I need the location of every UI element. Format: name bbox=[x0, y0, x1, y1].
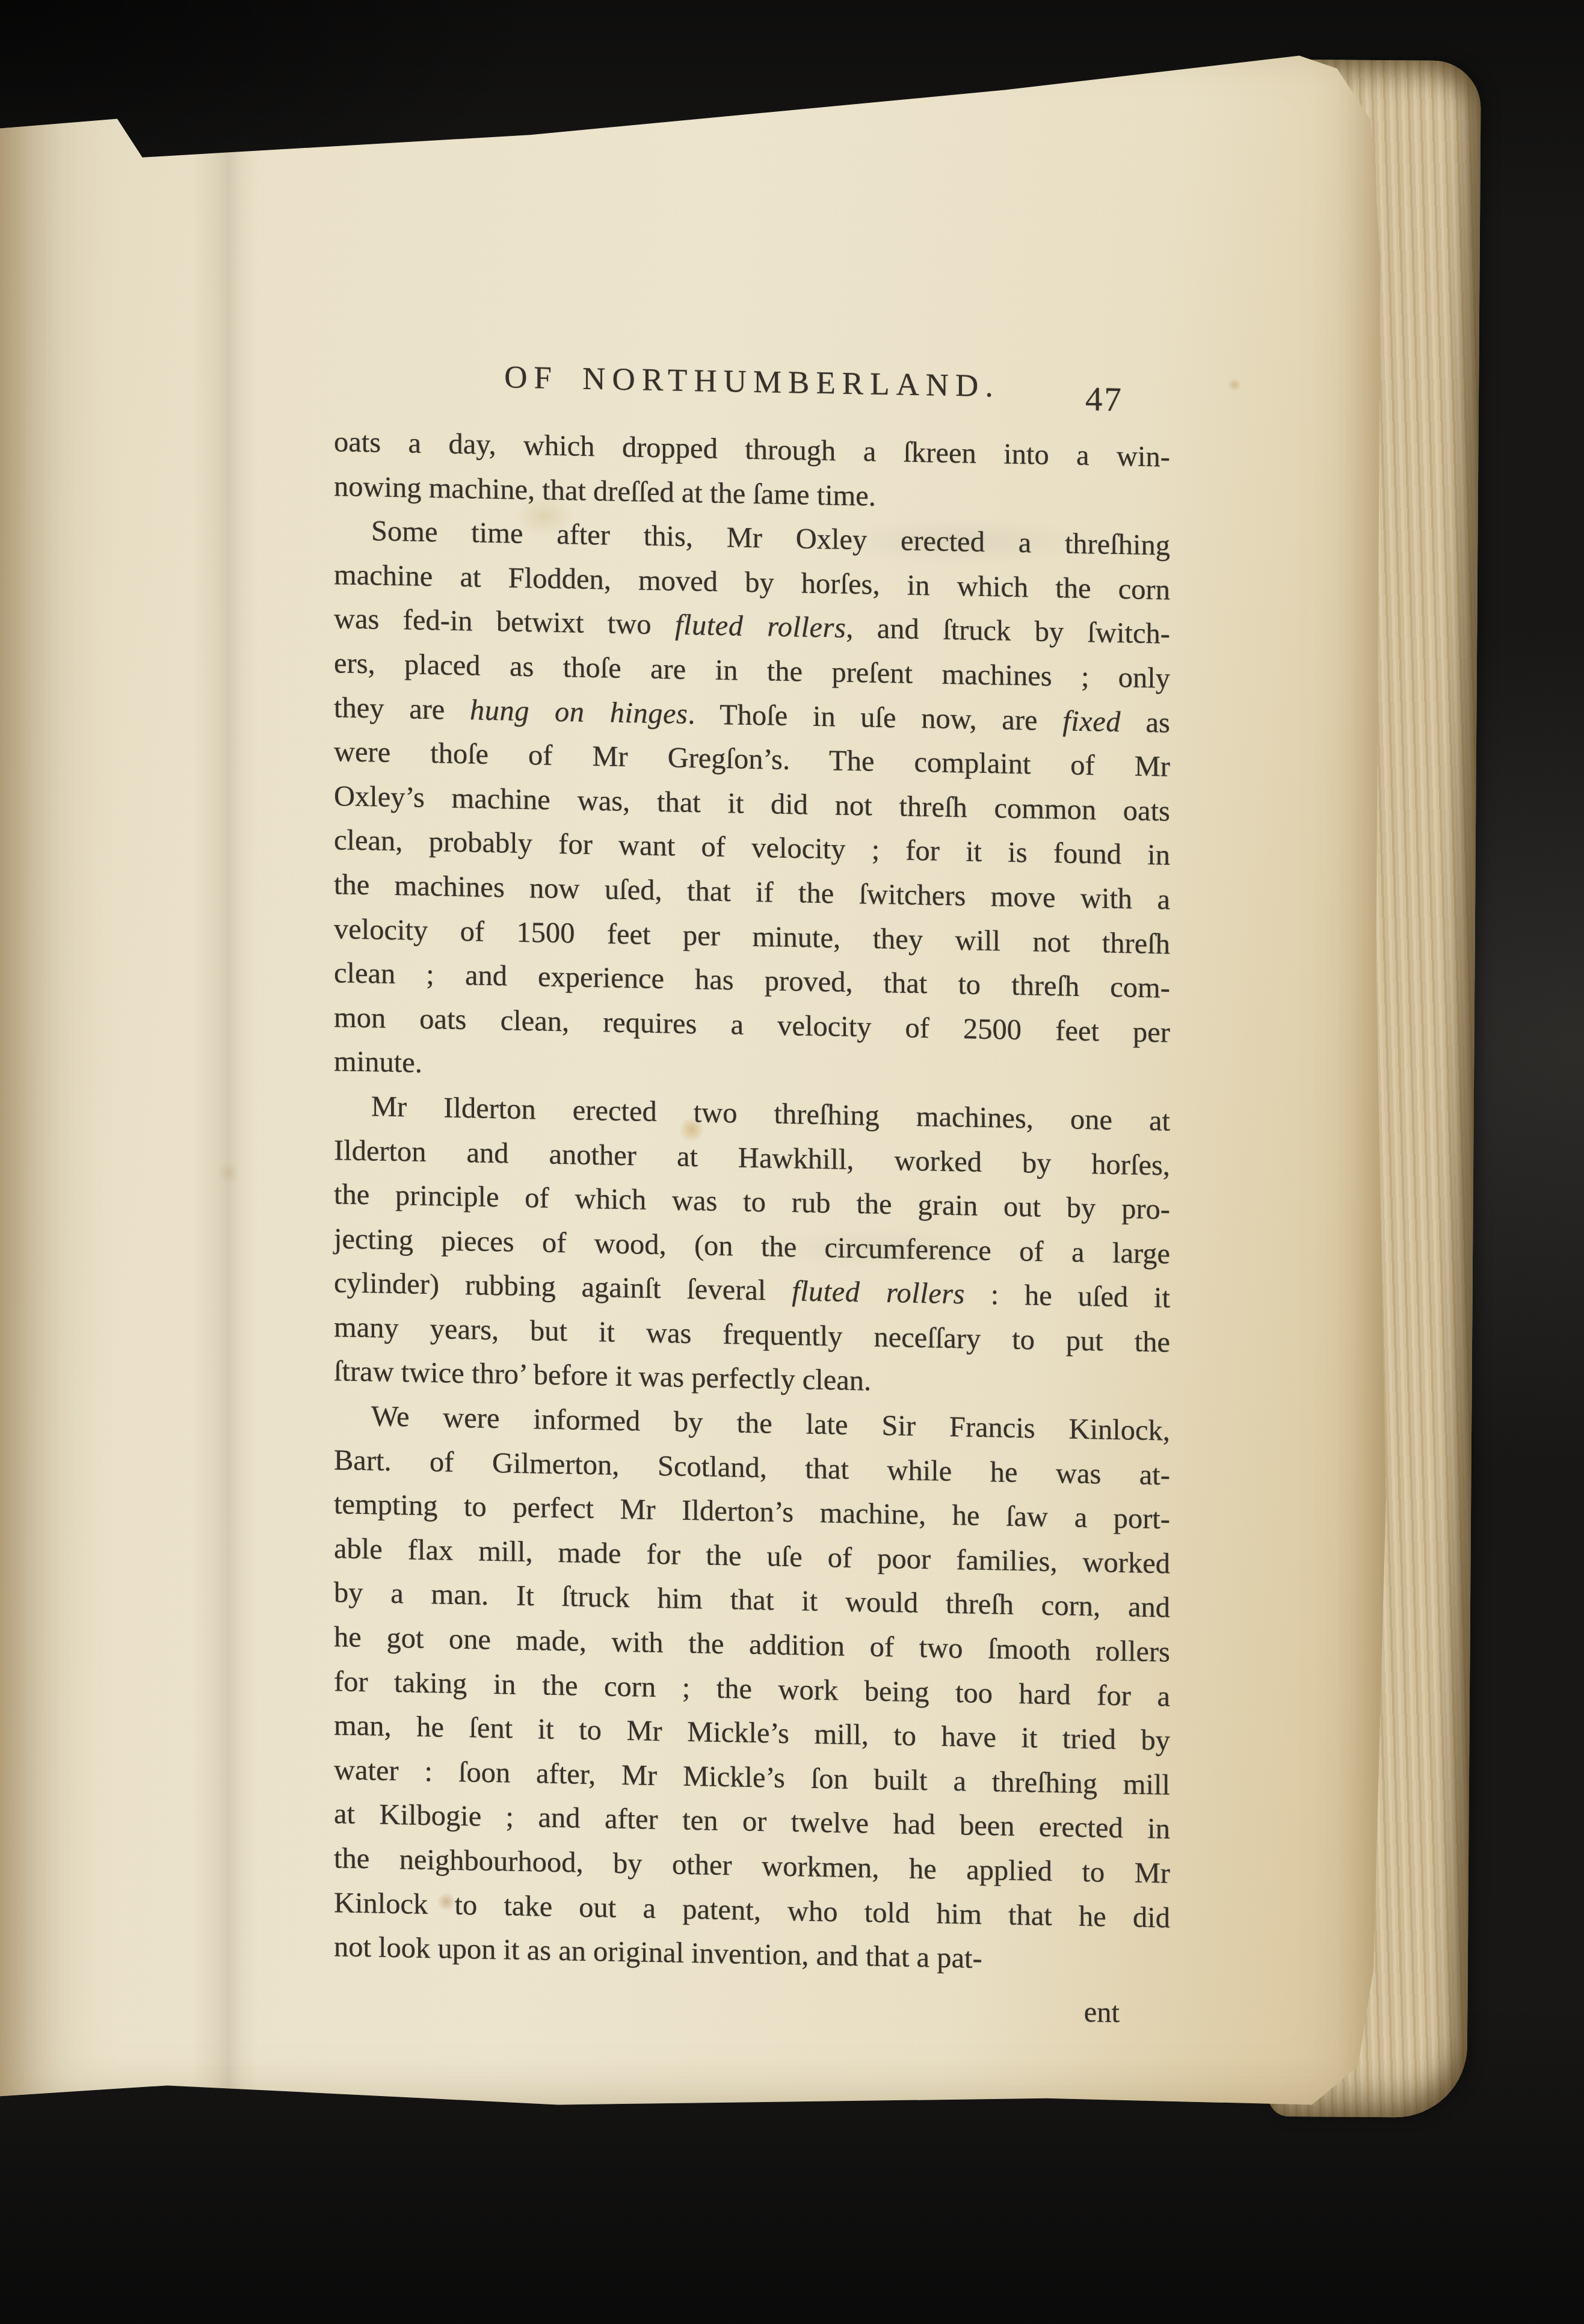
catchword: ent bbox=[1084, 1996, 1120, 2029]
text-segment: cylinder) rubbing againſt ſeveral bbox=[334, 1267, 792, 1307]
text-segment: not look upon it as an original inventio… bbox=[334, 1931, 982, 1975]
printed-content: OF NORTHUMBERLAND. 47 oats a day, which … bbox=[0, 0, 1396, 2167]
text-segment: Mr Ilderton erected two threſhing machin… bbox=[371, 1090, 1170, 1137]
italic-text: hung on hinges bbox=[470, 694, 688, 730]
text-segment: the neighbourhood, by other workmen, he … bbox=[334, 1842, 1170, 1889]
text-segment: We were informed by the late Sir Francis… bbox=[371, 1400, 1170, 1446]
italic-text: fluted rollers bbox=[675, 609, 846, 644]
text-segment: , and ſtruck by ſwitch- bbox=[846, 612, 1170, 650]
text-segment: : he uſed it bbox=[965, 1279, 1170, 1314]
text-segment: . Thoſe in uſe now, are bbox=[688, 698, 1062, 737]
text-segment: minute. bbox=[334, 1045, 422, 1079]
italic-text: fixed bbox=[1062, 705, 1121, 738]
page-number: 47 bbox=[1085, 380, 1123, 419]
text-segment: oats a day, which dropped through a ſkre… bbox=[334, 426, 1170, 473]
text-segment: they are bbox=[334, 692, 470, 726]
text-segment: he got one made, with the addition of tw… bbox=[334, 1621, 1170, 1668]
text-segment: ſtraw twice thro’ before it was perfectl… bbox=[334, 1356, 871, 1397]
text-segment: as bbox=[1121, 706, 1170, 739]
text-segment: the principle of which was to rub the gr… bbox=[334, 1178, 1170, 1225]
running-head: OF NORTHUMBERLAND. 47 bbox=[334, 356, 1170, 407]
text-segment: ers, placed as thoſe are in the preſent … bbox=[334, 647, 1170, 694]
italic-text: fluted rollers bbox=[792, 1275, 965, 1310]
book-scan: OF NORTHUMBERLAND. 47 oats a day, which … bbox=[0, 0, 1584, 2324]
catchword-row: ent bbox=[334, 1976, 1170, 2036]
running-header-title: OF NORTHUMBERLAND. bbox=[334, 356, 1170, 407]
text-segment: mon oats clean, requires a velocity of 2… bbox=[334, 1001, 1170, 1048]
text-segment: Some time after this, Mr Oxley erected a… bbox=[371, 515, 1170, 561]
body-text: oats a day, which dropped through a ſkre… bbox=[334, 420, 1170, 2036]
text-segment: the machines now uſed, that if the ſwitc… bbox=[334, 868, 1170, 915]
text-segment: nowing machine, that dreſſed at the ſame… bbox=[334, 470, 876, 512]
text-segment: was fed-in betwixt two bbox=[334, 603, 675, 641]
